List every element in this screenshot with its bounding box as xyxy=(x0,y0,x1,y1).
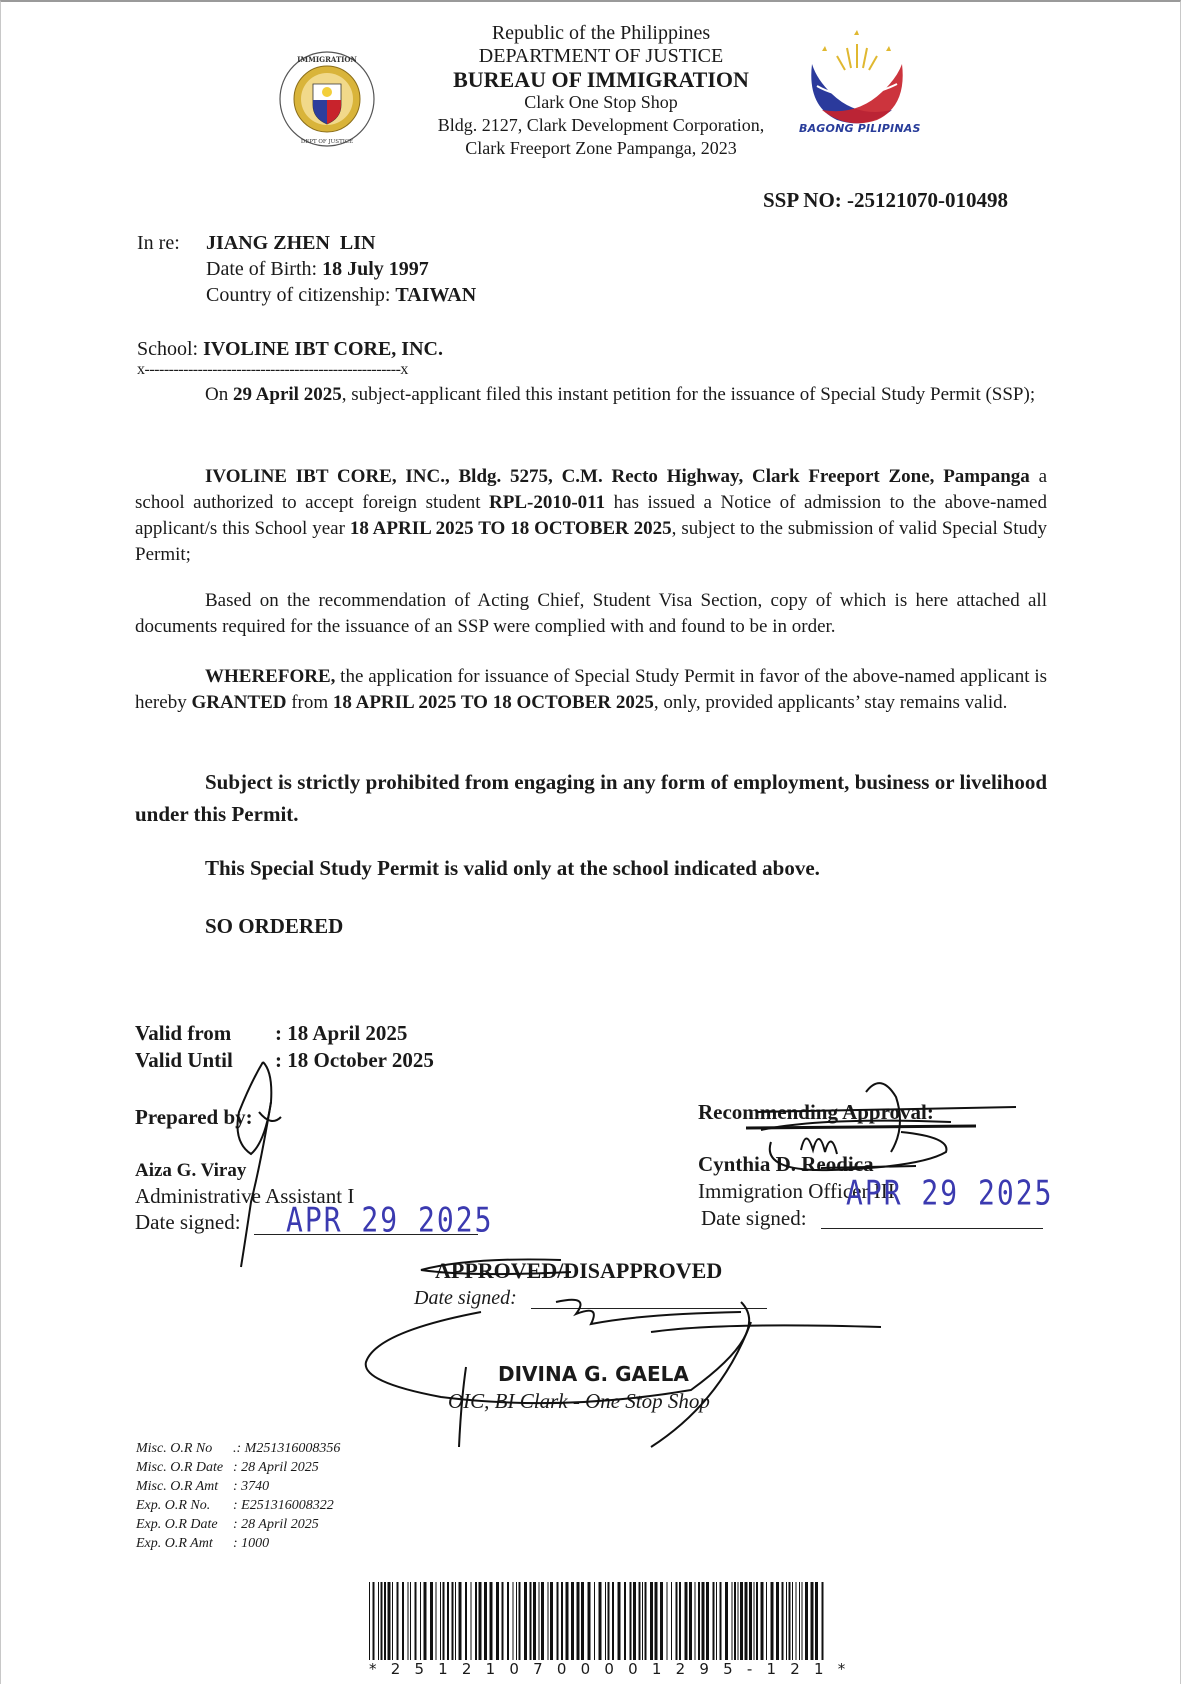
school-name: IVOLINE IBT CORE, INC. xyxy=(203,338,443,360)
barcode-icon xyxy=(369,1582,825,1660)
document-page: IMMIGRATION DEPT OF JUSTICE Republic of … xyxy=(0,0,1181,1684)
p4-lead: WHEREFORE, xyxy=(205,666,335,687)
disapproved-option: DISAPPROVED xyxy=(563,1258,722,1283)
ssp-number: SSP NO: -25121070-010498 xyxy=(763,188,1008,213)
svg-text:DEPT OF JUSTICE: DEPT OF JUSTICE xyxy=(301,139,353,145)
letterhead-office: Clark One Stop Shop xyxy=(401,91,801,114)
recommending-date-stamp: APR 29 2025 xyxy=(846,1173,1053,1213)
prepared-date-label: Date signed: xyxy=(135,1210,241,1235)
applicant-block: In re: JIANG ZHEN LIN Date of Birth: 18 … xyxy=(137,230,637,310)
recommending-date-label: Date signed: xyxy=(701,1206,807,1231)
letterhead-department: DEPARTMENT OF JUSTICE xyxy=(401,45,801,68)
letterhead-address-2: Clark Freeport Zone Pampanga, 2023 xyxy=(401,137,801,160)
valid-from-value: : 18 April 2025 xyxy=(275,1021,407,1045)
p2-school-year: 18 APRIL 2025 TO 18 OCTOBER 2025 xyxy=(350,518,672,539)
letterhead-republic: Republic of the Philippines xyxy=(401,22,801,45)
letterhead: Republic of the Philippines DEPARTMENT O… xyxy=(401,22,801,160)
recommending-approval-label: Recommending Approval: xyxy=(698,1100,934,1125)
dob-label: Date of Birth: xyxy=(206,258,317,280)
p1-date: 29 April 2025 xyxy=(233,384,342,405)
citizenship-value: TAIWAN xyxy=(395,284,476,306)
approver-title: OIC, BI Clark - One Stop Shop xyxy=(448,1389,710,1414)
paragraph-validity-school: This Special Study Permit is valid only … xyxy=(135,852,1047,884)
receipt-row: Exp. O.R Date: 28 April 2025 xyxy=(136,1515,340,1534)
citizenship-label: Country of citizenship: xyxy=(206,284,390,306)
prepared-by-label: Prepared by: xyxy=(135,1105,253,1130)
separator-line: x---------------------------------------… xyxy=(137,361,408,379)
applicant-name: JIANG ZHEN LIN xyxy=(206,232,375,254)
paragraph-school-admission: IVOLINE IBT CORE, INC., Bldg. 5275, C.M.… xyxy=(135,464,1047,568)
approval-date-line xyxy=(531,1308,767,1309)
dob-value: 18 July 1997 xyxy=(322,258,429,280)
approval-status: APPROVED/DISAPPROVED xyxy=(435,1258,722,1284)
p2-accreditation: RPL-2010-011 xyxy=(489,492,605,513)
in-re-label: In re: xyxy=(137,230,180,256)
p4-post: , only, provided applicants’ stay remain… xyxy=(654,692,1008,713)
p2-school-address: IVOLINE IBT CORE, INC., Bldg. 5275, C.M.… xyxy=(205,466,1030,487)
bureau-of-immigration-seal-icon: IMMIGRATION DEPT OF JUSTICE xyxy=(277,50,377,148)
paragraph-recommendation: Based on the recommendation of Acting Ch… xyxy=(135,588,1047,640)
barcode-number: *251210700001295-121* xyxy=(369,1660,825,1678)
approved-option: APPROVED xyxy=(435,1258,557,1283)
receipt-row: Misc. O.R Amt: 3740 xyxy=(136,1477,340,1496)
receipt-row: Misc. O.R No.: M251316008356 xyxy=(136,1439,340,1458)
bagong-pilipinas-text: BAGONG PILIPINAS xyxy=(799,122,921,135)
prepared-by-name: Aiza G. Viray xyxy=(135,1160,246,1182)
paragraph-petition: On 29 April 2025, subject-applicant file… xyxy=(135,382,1047,408)
letterhead-address-1: Bldg. 2127, Clark Development Corporatio… xyxy=(401,114,801,137)
svg-text:IMMIGRATION: IMMIGRATION xyxy=(297,55,357,64)
approval-date-label: Date signed: xyxy=(414,1287,517,1310)
approver-name: DIVINA G. GAELA xyxy=(498,1362,689,1386)
school-line: School: IVOLINE IBT CORE, INC. xyxy=(137,338,443,361)
prepared-date-stamp: APR 29 2025 xyxy=(286,1200,493,1240)
p4-mid2: from xyxy=(286,692,332,713)
valid-from-label: Valid from xyxy=(135,1020,275,1047)
p4-granted: GRANTED xyxy=(191,692,286,713)
paragraph-wherefore: WHEREFORE, the application for issuance … xyxy=(135,664,1047,716)
so-ordered: SO ORDERED xyxy=(135,910,1047,942)
receipt-details: Misc. O.R No.: M251316008356 Misc. O.R D… xyxy=(136,1439,340,1553)
paragraph-prohibition: Subject is strictly prohibited from enga… xyxy=(135,766,1047,830)
p1-post: , subject-applicant filed this instant p… xyxy=(342,384,1035,405)
letterhead-bureau: BUREAU OF IMMIGRATION xyxy=(401,68,801,91)
valid-until-value: : 18 October 2025 xyxy=(275,1048,434,1072)
p4-period: 18 APRIL 2025 TO 18 OCTOBER 2025 xyxy=(333,692,654,713)
validity-block: Valid from: 18 April 2025 Valid Until: 1… xyxy=(135,1020,434,1074)
receipt-row: Exp. O.R No.: E251316008322 xyxy=(136,1496,340,1515)
receipt-row: Misc. O.R Date: 28 April 2025 xyxy=(136,1458,340,1477)
recommending-date-line xyxy=(821,1228,1043,1229)
valid-until-label: Valid Until xyxy=(135,1047,275,1074)
p1-pre: On xyxy=(205,384,233,405)
school-label: School: xyxy=(137,338,198,360)
receipt-row: Exp. O.R Amt: 1000 xyxy=(136,1534,340,1553)
